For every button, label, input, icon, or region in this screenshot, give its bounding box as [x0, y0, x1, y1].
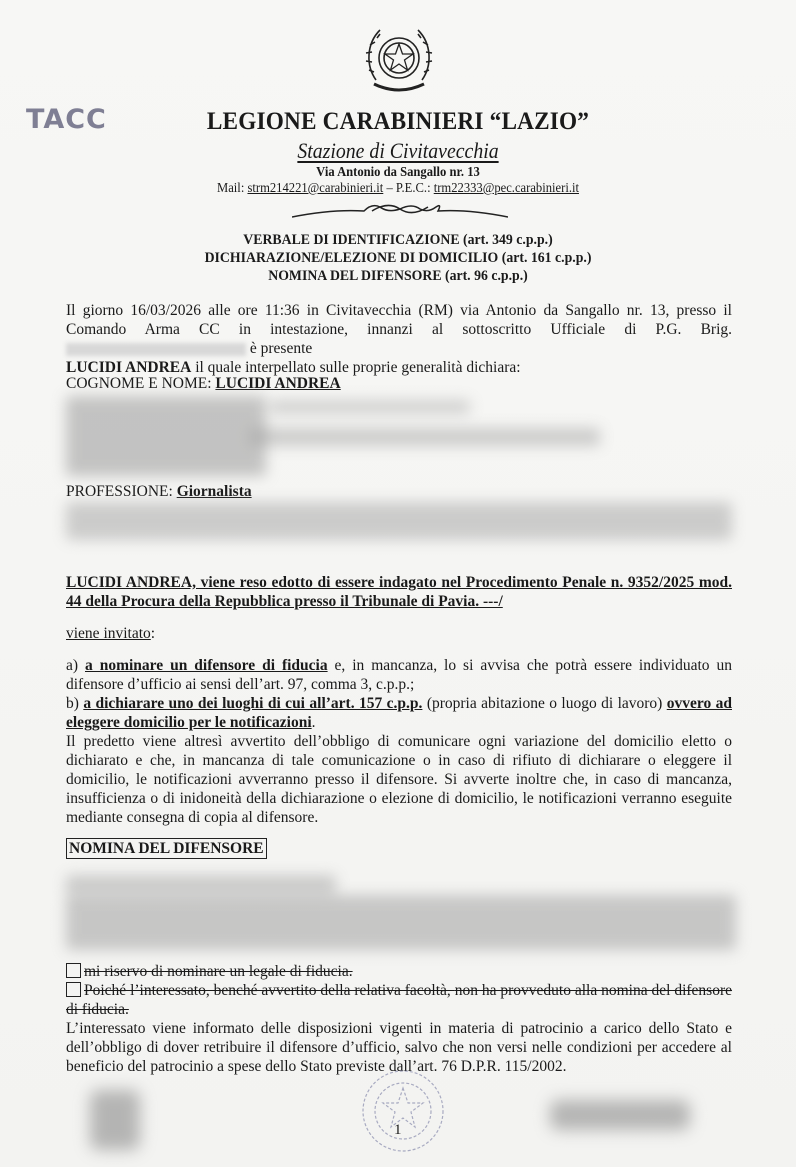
profession-field: PROFESSIONE: Giornalista: [66, 482, 732, 501]
name-field: COGNOME E NOME: LUCIDI ANDREA: [66, 374, 732, 393]
official-stamp-icon: [348, 1066, 458, 1156]
redacted-personal-data: [250, 428, 600, 446]
page-number: 1: [394, 1122, 402, 1139]
no-defender-checkbox[interactable]: [66, 982, 81, 997]
redacted-personal-data: [66, 502, 732, 540]
title-dichiarazione: DICHIARAZIONE/ELEZIONE DI DOMICILIO (art…: [32, 249, 764, 267]
redacted-personal-data: [66, 396, 266, 476]
title-verbale: VERBALE DI IDENTIFICAZIONE (art. 349 c.p…: [32, 231, 764, 249]
nomina-heading: NOMINA DEL DIFENSORE: [66, 838, 267, 859]
item-b: b) a dichiarare uno dei luoghi di cui al…: [66, 694, 732, 732]
name-value: LUCIDI ANDREA: [215, 375, 340, 392]
mail-label: Mail:: [217, 181, 247, 196]
option-reserve: mi riservo di nominare un legale di fidu…: [66, 962, 732, 981]
document-page: TACC LEGIONE CARABINIERI “LAZIO” Stazion…: [0, 0, 796, 1167]
redacted-signature-right: [550, 1100, 690, 1130]
invited-heading: viene invitato:: [66, 624, 732, 643]
redacted-officer-name: [66, 343, 246, 356]
profession-label: PROFESSIONE:: [66, 483, 177, 500]
title-nomina: NOMINA DEL DIFENSORE (art. 96 c.p.p.): [32, 267, 764, 285]
item-a: a) a nominare un difensore di fiducia e,…: [66, 656, 732, 694]
nomina-options: mi riservo di nominare un legale di fidu…: [66, 962, 732, 1076]
document-titles: VERBALE DI IDENTIFICAZIONE (art. 349 c.p…: [32, 231, 764, 285]
invitation-items: a) a nominare un difensore di fiducia e,…: [66, 656, 732, 827]
redacted-personal-data: [270, 400, 470, 414]
mail-link[interactable]: strm214221@carabinieri.it: [247, 181, 383, 196]
italian-republic-emblem-icon: [360, 18, 438, 100]
pec-link[interactable]: trm22333@pec.carabinieri.it: [434, 181, 579, 196]
profession-value: Giornalista: [177, 483, 252, 500]
redacted-signature-left: [90, 1090, 140, 1150]
reserve-checkbox[interactable]: [66, 963, 81, 978]
station-address: Via Antonio da Sangallo nr. 13: [40, 165, 756, 181]
redacted-defender-info: [66, 875, 336, 895]
organization-name: LEGIONE CARABINIERI “LAZIO”: [28, 108, 768, 136]
nomina-heading-row: NOMINA DEL DIFENSORE: [66, 838, 732, 859]
domicile-warning: Il predetto viene altresì avvertito dell…: [66, 732, 732, 827]
intro-paragraph: Il giorno 16/03/2026 alle ore 11:36 in C…: [66, 301, 732, 377]
pec-label: – P.E.C.:: [383, 181, 433, 196]
name-label: COGNOME E NOME:: [66, 375, 215, 392]
station-name: Stazione di Civitavecchia: [40, 138, 756, 164]
option-no-defender: Poiché l’interessato, benché avvertito d…: [66, 981, 732, 1019]
redacted-defender-info: [66, 895, 736, 950]
decorative-flourish-icon: [292, 199, 508, 221]
contact-line: Mail: strm214221@carabinieri.it – P.E.C.…: [40, 181, 756, 197]
investigation-notice: LUCIDI ANDREA, viene reso edotto di esse…: [66, 573, 732, 611]
